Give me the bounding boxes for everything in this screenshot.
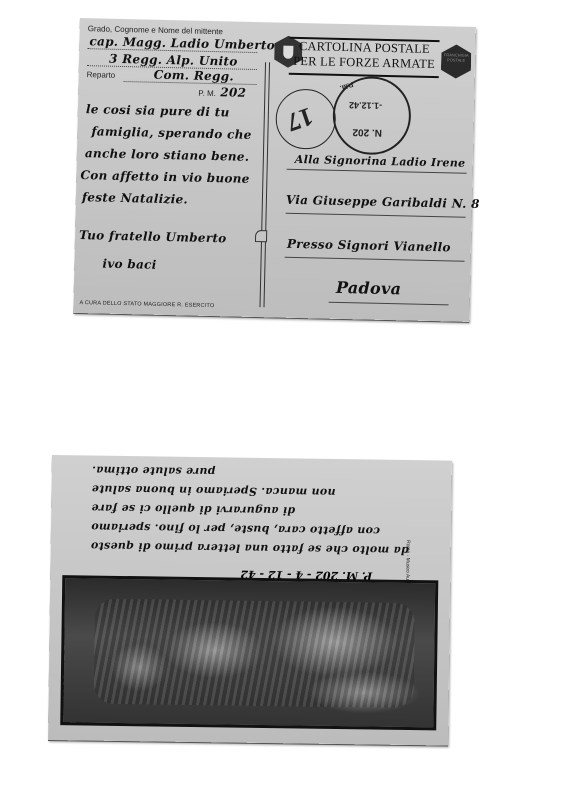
- message-line: da molto che se fatto una lettera primo …: [91, 534, 431, 558]
- postmark-arc: P.M.: [339, 80, 354, 91]
- address-rule: [287, 169, 467, 174]
- franchise-emblem-icon: FRANCHIGIA POSTALE: [441, 44, 472, 79]
- address-street: Via Giuseppe Garibaldi N. 8: [286, 193, 480, 211]
- signature-line: Tuo fratello Umberto: [79, 228, 227, 245]
- back-message: pure salute ottima. non manca. Speriamo …: [91, 458, 432, 558]
- message-line: Con affetto in vio buone: [80, 168, 250, 186]
- relief-figure: [94, 599, 415, 708]
- censor-number: 17: [283, 101, 317, 138]
- message-line: anche loro stiano bene.: [85, 146, 250, 164]
- divider-ornament: [255, 230, 267, 242]
- title-line-2: PER LE FORZE ARMATE: [289, 54, 439, 72]
- reparto-label: Reparto: [87, 70, 116, 80]
- postmark-stamp: P.M. -1.12.42 N. 202: [332, 76, 412, 156]
- postcard-front: Grado, Cognome e Nome del mittente cap. …: [73, 18, 476, 322]
- pm-label: P. M.: [198, 89, 216, 98]
- card-divider: [259, 62, 270, 307]
- message-line: ivo baci: [102, 257, 156, 272]
- pm-value: 202: [220, 85, 246, 100]
- address-rule: [286, 213, 466, 218]
- address-rule: [329, 302, 449, 306]
- address-city: Padova: [336, 278, 402, 298]
- footer-note: A CURA DELLO STATO MAGGIORE R. ESERCITO: [79, 300, 214, 309]
- postmark-date: -1.12.42: [349, 100, 382, 111]
- card-title: CARTOLINA POSTALE PER LE FORZE ARMATE: [289, 37, 440, 78]
- address-rule: [285, 257, 465, 262]
- sculpture-photo: [60, 575, 438, 730]
- censor-stamp: 17: [275, 88, 336, 149]
- message-line: le cosi sia pure di tu: [86, 102, 230, 119]
- address-care-of: Presso Signori Vianello: [287, 237, 451, 255]
- postcard-back: LA VITTORIA DARÀ I SUOI FRUTTI pure salu…: [48, 455, 452, 746]
- message-line: feste Natalizie.: [82, 190, 188, 206]
- dotted-line: [124, 81, 257, 85]
- address-recipient: Alla Signorina Ladio Irene: [295, 153, 466, 170]
- message-line: famiglia, sperando che: [91, 124, 252, 142]
- postmark-number: N. 202: [352, 126, 382, 138]
